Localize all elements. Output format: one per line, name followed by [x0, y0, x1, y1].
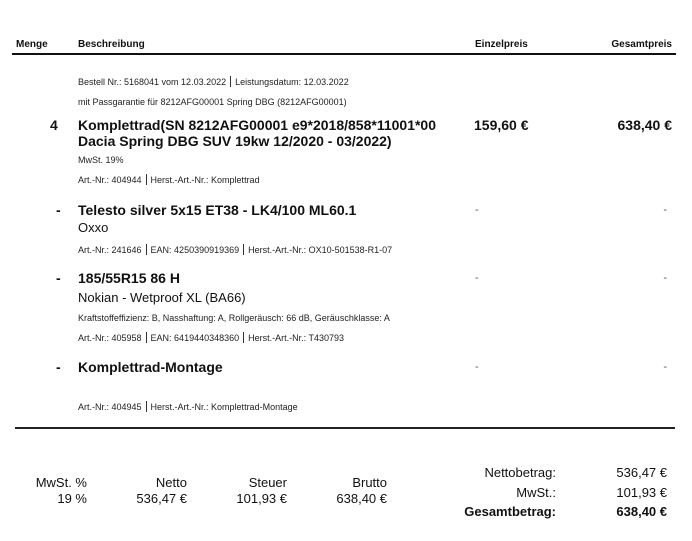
- separator: [146, 174, 147, 185]
- item-quantity: -: [56, 202, 61, 218]
- item-total-price: -: [663, 272, 667, 284]
- manufacturer-article-number: Herst.-Art.-Nr.: T430793: [248, 333, 344, 343]
- manufacturer-article-number: Herst.-Art.-Nr.: Komplettrad-Montage: [151, 402, 298, 412]
- item-quantity: -: [56, 359, 61, 375]
- header-divider: [12, 53, 676, 55]
- item-unit-price: -: [475, 272, 479, 284]
- vat-gross-value: 638,40 €: [336, 491, 387, 506]
- item-vat: MwSt. 19%: [78, 155, 124, 165]
- item-title: Komplettrad(SN 8212AFG00001 e9*2018/858*…: [78, 117, 436, 149]
- separator: [146, 332, 147, 343]
- grand-total-label: Gesamtbetrag:: [464, 504, 556, 519]
- item-unit-price: 159,60 €: [474, 117, 529, 133]
- item-title: 185/55R15 86 H: [78, 270, 180, 286]
- column-header-quantity: Menge: [16, 39, 48, 50]
- item-title-line2: Dacia Spring DBG SUV 19kw 12/2020 - 03/2…: [78, 133, 436, 149]
- vat-header-tax: Steuer: [249, 475, 287, 490]
- column-header-unit-price: Einzelpreis: [475, 39, 528, 50]
- vat-tax-value: 101,93 €: [236, 491, 287, 506]
- net-total-value: 536,47 €: [616, 465, 667, 480]
- service-date: Leistungsdatum: 12.03.2022: [235, 77, 349, 87]
- items-divider: [15, 427, 675, 429]
- article-number: Art.-Nr.: 404944: [78, 175, 142, 185]
- item-total-price: -: [663, 361, 667, 373]
- manufacturer-article-number: Herst.-Art.-Nr.: OX10-501538-R1-07: [248, 245, 392, 255]
- item-article-numbers: Art.-Nr.: 404945Herst.-Art.-Nr.: Komplet…: [78, 401, 298, 412]
- item-article-numbers: Art.-Nr.: 405958EAN: 6419440348360Herst.…: [78, 332, 344, 343]
- item-total-price: -: [663, 204, 667, 216]
- ean-number: EAN: 4250390919369: [151, 245, 240, 255]
- vat-total-value: 101,93 €: [616, 485, 667, 500]
- item-title-line1: Komplettrad(SN 8212AFG00001 e9*2018/858*…: [78, 117, 436, 133]
- net-total-label: Nettobetrag:: [484, 465, 556, 480]
- separator: [146, 401, 147, 412]
- separator: [146, 244, 147, 255]
- article-number: Art.-Nr.: 404945: [78, 402, 142, 412]
- vat-header-net: Netto: [156, 475, 187, 490]
- vat-total-label: MwSt.:: [516, 485, 556, 500]
- grand-total-value: 638,40 €: [616, 504, 667, 519]
- item-unit-price: -: [475, 204, 479, 216]
- separator: [243, 332, 244, 343]
- vat-header-rate: MwSt. %: [36, 475, 87, 490]
- manufacturer-article-number: Herst.-Art.-Nr.: Komplettrad: [151, 175, 260, 185]
- separator: [230, 76, 231, 87]
- column-header-total-price: Gesamtpreis: [611, 39, 672, 50]
- article-number: Art.-Nr.: 241646: [78, 245, 142, 255]
- item-unit-price: -: [475, 361, 479, 373]
- guarantee-note: mit Passgarantie für 8212AFG00001 Spring…: [78, 97, 347, 107]
- item-article-numbers: Art.-Nr.: 241646EAN: 4250390919369Herst.…: [78, 244, 392, 255]
- item-article-numbers: Art.-Nr.: 404944Herst.-Art.-Nr.: Komplet…: [78, 174, 260, 185]
- vat-net-value: 536,47 €: [136, 491, 187, 506]
- order-info-line: Bestell Nr.: 5168041 vom 12.03.2022Leist…: [78, 76, 349, 87]
- ean-number: EAN: 6419440348360: [151, 333, 240, 343]
- vat-rate-value: 19 %: [57, 491, 87, 506]
- item-quantity: 4: [50, 117, 58, 133]
- item-title: Komplettrad-Montage: [78, 359, 223, 375]
- vat-header-gross: Brutto: [352, 475, 387, 490]
- item-total-price: 638,40 €: [618, 117, 673, 133]
- separator: [243, 244, 244, 255]
- item-brand: Nokian - Wetproof XL (BA66): [78, 290, 246, 305]
- item-eu-label: Kraftstoffeffizienz: B, Nasshaftung: A, …: [78, 313, 390, 323]
- article-number: Art.-Nr.: 405958: [78, 333, 142, 343]
- item-title: Telesto silver 5x15 ET38 - LK4/100 ML60.…: [78, 202, 356, 218]
- order-number: Bestell Nr.: 5168041 vom 12.03.2022: [78, 77, 226, 87]
- column-header-description: Beschreibung: [78, 39, 145, 50]
- item-quantity: -: [56, 270, 61, 286]
- item-brand: Oxxo: [78, 220, 108, 235]
